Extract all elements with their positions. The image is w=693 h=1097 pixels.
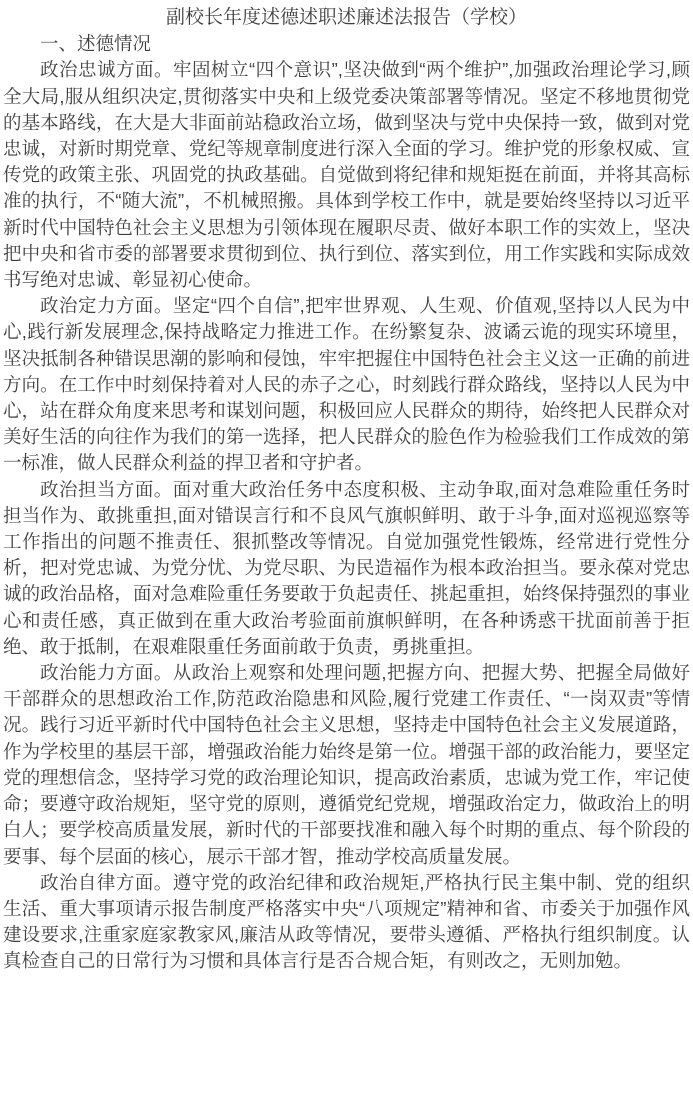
- paragraph-political-resolve: 政治定力方面。坚定“四个自信”,把牢世界观、人生观、价值观,坚持以人民为中心,践…: [3, 293, 690, 476]
- paragraph-political-responsibility: 政治担当方面。面对重大政治任务中态度积极、主动争取,面对急难险重任务时担当作为、…: [3, 477, 690, 660]
- section-heading-shude: 一、述德情况: [3, 31, 690, 57]
- document-page: 副校长年度述德述职述廉述法报告（学校） 一、述德情况 政治忠诚方面。牢固树立“四…: [0, 0, 693, 1097]
- document-title: 副校长年度述德述职述廉述法报告（学校）: [3, 5, 690, 31]
- paragraph-political-capability: 政治能力方面。从政治上观察和处理问题,把握方向、把握大势、把握全局做好干部群众的…: [3, 660, 690, 870]
- paragraph-political-self-discipline: 政治自律方面。遵守党的政治纪律和政治规矩,严格执行民主集中制、党的组织生活、重大…: [3, 870, 690, 975]
- paragraph-political-loyalty: 政治忠诚方面。牢固树立“四个意识”,坚决做到“两个维护”,加强政治理论学习,顾全…: [3, 57, 690, 293]
